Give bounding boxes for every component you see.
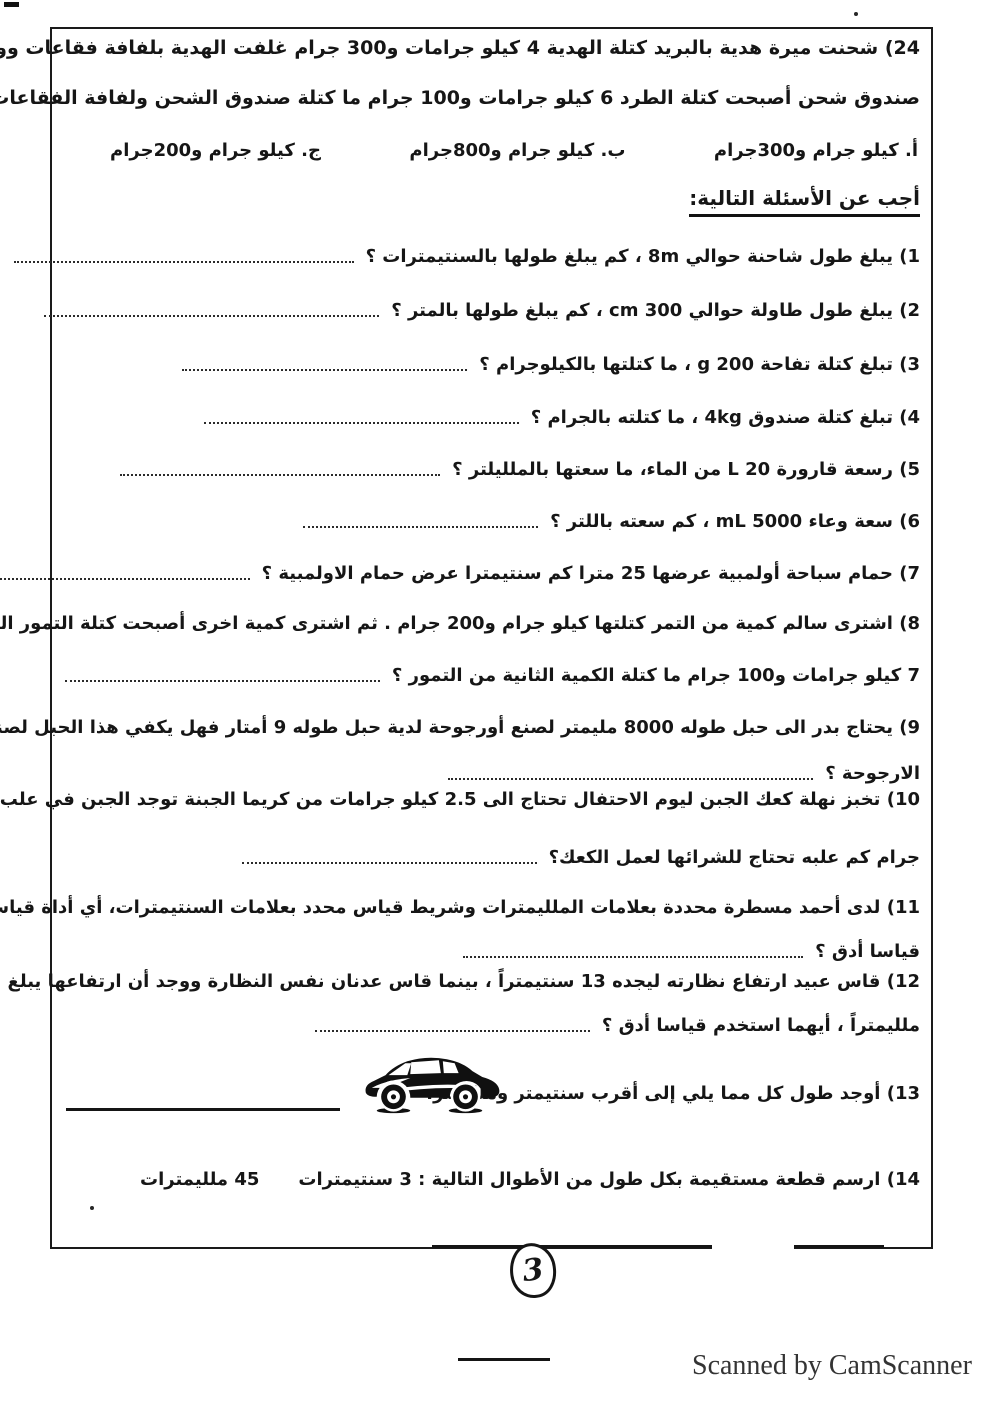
- answer-blank: [120, 472, 440, 476]
- answer-blank: [204, 420, 519, 424]
- page-number-circle: 3: [507, 1240, 559, 1300]
- answer-blank: [463, 954, 803, 958]
- question-text: 1) يبلغ طول شاحنة حوالي 8m ، كم يبلغ طول…: [366, 245, 920, 268]
- answer-blank: [65, 678, 380, 682]
- question-11-line-1: 11) لدى أحمد مسطرة محددة بعلامات الملليم…: [0, 896, 920, 919]
- bottom-border-thick-segment: [432, 1245, 884, 1248]
- question-8-line-2: 7 كيلو جرامات و100 جرام ما كتلة الكمية ا…: [65, 664, 920, 687]
- question-2: 2) يبلغ طول طاولة حوالي 300 cm ، كم يبلغ…: [44, 299, 920, 322]
- question-text: 12) قاس عبيد ارتفاع نظارته ليجده 13 سنتي…: [0, 970, 920, 993]
- answer-blank: [315, 1028, 590, 1032]
- question-24-options: أ. كيلو جرام و300جرام ب. كيلو جرام و800ج…: [110, 140, 918, 161]
- option-c: ج. كيلو جرام و200جرام: [110, 140, 321, 161]
- scan-speck: [854, 12, 858, 16]
- question-7: 7) حمام سباحة أولمبية عرضها 25 مترا كم س…: [0, 562, 920, 585]
- question-text: 3) تبلغ كتلة تفاحة 200 g ، ما كتلتها بال…: [479, 353, 920, 376]
- answer-blank: [14, 259, 354, 263]
- answer-blank: [242, 860, 537, 864]
- answer-blank: [448, 776, 813, 780]
- question-10-line-2: جرام كم علبه تحتاج للشرائها لعمل الكعك؟: [242, 846, 920, 869]
- measure-answer-line: [66, 1108, 340, 1111]
- answer-blank: [303, 524, 538, 528]
- question-6: 6) سعة وعاء 5000 mL ، كم سعته باللتر ؟: [303, 510, 920, 533]
- question-5: 5) رسعة قارورة 20 L من الماء، ما سعتها ب…: [120, 458, 920, 481]
- question-text: صندوق شحن أصبحت كتلة الطرد 6 كيلو جرامات…: [0, 86, 920, 111]
- question-text: ملليمتراً ، أيهما استخدم قياسا أدق ؟: [602, 1014, 920, 1037]
- bottom-border-gap: [712, 1242, 794, 1251]
- question-9-line-1: 9) يحتاج بدر الى حبل طوله 8000 مليمتر لص…: [0, 716, 920, 739]
- question-text: 24) شحنت ميرة هدية بالبريد كتلة الهدية 4…: [0, 36, 920, 61]
- scan-artifact-dash: [4, 2, 19, 7]
- question-14-left-item: 45 ملليمترات: [140, 1168, 259, 1191]
- answer-blank: [182, 367, 467, 371]
- question-text: 2) يبلغ طول طاولة حوالي 300 cm ، كم يبلغ…: [391, 299, 920, 322]
- question-12-line-1: 12) قاس عبيد ارتفاع نظارته ليجده 13 سنتي…: [0, 970, 920, 993]
- question-text: 14) ارسم قطعة مستقيمة بكل طول من الأطوال…: [298, 1168, 920, 1191]
- page-number: 3: [521, 1252, 546, 1289]
- question-9-line-2: الارجوحة ؟: [448, 762, 920, 785]
- option-b: ب. كيلو جرام و800جرام: [409, 140, 625, 161]
- question-11-line-2: قياسا أدق ؟: [463, 940, 920, 963]
- question-text: 11) لدى أحمد مسطرة محددة بعلامات الملليم…: [0, 896, 920, 919]
- question-1: 1) يبلغ طول شاحنة حوالي 8m ، كم يبلغ طول…: [14, 245, 920, 268]
- answer-blank: [0, 576, 250, 580]
- section-header: أجب عن الأسئلة التالية:: [689, 186, 920, 217]
- bottom-short-line: [458, 1358, 550, 1361]
- question-8-line-1: 8) اشترى سالم كمية من التمر كتلتها كيلو …: [0, 612, 920, 635]
- question-text: 5) رسعة قارورة 20 L من الماء، ما سعتها ب…: [452, 458, 920, 481]
- question-4: 4) تبلغ كتلة صندوق 4kg ، ما كتلته بالجرا…: [204, 406, 920, 429]
- question-text: 8) اشترى سالم كمية من التمر كتلتها كيلو …: [0, 612, 920, 635]
- question-24-line-1: 24) شحنت ميرة هدية بالبريد كتلة الهدية 4…: [0, 36, 920, 61]
- question-text: 9) يحتاج بدر الى حبل طوله 8000 مليمتر لص…: [0, 716, 920, 739]
- length-item: 45 ملليمترات: [140, 1168, 259, 1191]
- question-text: 10) تخبز نهلة كعك الجبن ليوم الاحتفال تح…: [0, 788, 920, 811]
- question-10-line-1: 10) تخبز نهلة كعك الجبن ليوم الاحتفال تح…: [0, 788, 920, 811]
- question-text: الارجوحة ؟: [825, 762, 920, 785]
- question-text: 4) تبلغ كتلة صندوق 4kg ، ما كتلته بالجرا…: [531, 406, 920, 429]
- option-a: أ. كيلو جرام و300جرام: [714, 140, 918, 161]
- question-text: قياسا أدق ؟: [815, 940, 920, 963]
- answer-blank: [44, 313, 379, 317]
- question-3: 3) تبلغ كتلة تفاحة 200 g ، ما كتلتها بال…: [182, 353, 920, 376]
- car-icon: [356, 1046, 504, 1116]
- question-14: 14) ارسم قطعة مستقيمة بكل طول من الأطوال…: [298, 1168, 920, 1191]
- question-text: 7 كيلو جرامات و100 جرام ما كتلة الكمية ا…: [392, 664, 920, 687]
- question-text: جرام كم علبه تحتاج للشرائها لعمل الكعك؟: [549, 846, 920, 869]
- question-12-line-2: ملليمتراً ، أيهما استخدم قياسا أدق ؟: [315, 1014, 920, 1037]
- camscanner-watermark: Scanned by CamScanner: [692, 1350, 972, 1382]
- question-24-line-2: صندوق شحن أصبحت كتلة الطرد 6 كيلو جرامات…: [0, 86, 920, 111]
- question-text: 7) حمام سباحة أولمبية عرضها 25 مترا كم س…: [262, 562, 920, 585]
- question-text: 6) سعة وعاء 5000 mL ، كم سعته باللتر ؟: [550, 510, 920, 533]
- scanned-worksheet-page: 24) شحنت ميرة هدية بالبريد كتلة الهدية 4…: [0, 0, 992, 1403]
